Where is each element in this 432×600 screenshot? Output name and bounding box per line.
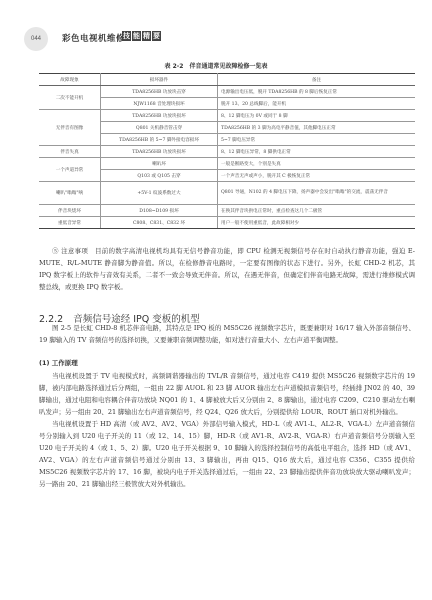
table-row: 伴音失真 TDA8256HB 功放块损坏 8、12 脚电压异常，8 脚供电正常 bbox=[39, 146, 415, 158]
part-cell: +5V-1 纹波系数过大 bbox=[101, 182, 218, 205]
note-section: ⑤ 注意事项 目前的数字高清电视机均具有无信号静音功能，即 CPU 检测无视频信… bbox=[39, 245, 415, 293]
principle-paragraph: 当电视机设置于 TV 电视模式时，高频调谐器输出的 TVL/R 音频信号，通过电… bbox=[39, 370, 415, 418]
page-header: 044 彩色电视机维修 技 能 精 要 bbox=[0, 24, 432, 54]
table-header-row: 故障现象 损坏器件 备注 bbox=[39, 74, 415, 86]
table-row: 无伴音有图像 TDA8256HB 功放块损坏 8、12 脚电压为 0V 或同于 … bbox=[39, 110, 415, 122]
part-cell: TDA8256HB 功放块损坏 bbox=[101, 146, 218, 158]
column-header: 损坏器件 bbox=[101, 74, 218, 86]
part-cell: TDA8256HB 功放块击穿 bbox=[101, 86, 218, 98]
part-cell: 喇叭坏 bbox=[101, 158, 218, 170]
note-cell: 一个声音无声或声小，脱开其 C 极恢复正常 bbox=[218, 170, 416, 182]
part-cell: Q103 或 Q105 击穿 bbox=[101, 170, 218, 182]
part-cell: C808、C831、C832 坏 bbox=[101, 217, 218, 229]
badge: 能 bbox=[132, 31, 141, 41]
note-cell: 在换其伴音块供电正常时，重点检查这几个二极管 bbox=[218, 205, 416, 217]
symptom-cell: 重低音异常 bbox=[39, 217, 101, 229]
column-header: 备注 bbox=[218, 74, 416, 86]
note-cell: 电源输出电压低，脱开 TDA8256HB 的 8 脚后恢复正常 bbox=[218, 86, 416, 98]
table-row: 一个声道异常 喇叭坏 一般是断路变大，个别是失真 bbox=[39, 158, 415, 170]
symptom-cell: 二次不能开机 bbox=[39, 86, 101, 110]
table-caption: 表 2-2 伴音通道常见故障检修一览表 bbox=[0, 61, 432, 70]
note-cell: Q801 导通，N102 的 4 脚电压下降，扬声器中会发出"嗡嗡"的交流，震荡… bbox=[218, 182, 416, 205]
intro-section: 图 2-5 是长虹 CHD-8 机芯伴音电路，其特点是 IPQ 板的 MS5C2… bbox=[39, 322, 415, 346]
fault-table: 故障现象 损坏器件 备注 二次不能开机 TDA8256HB 功放块击穿 电源输出… bbox=[39, 73, 415, 229]
principle-paragraph: 当电视机设置于 HD 高清（或 AV2、AV2、VGA）外部信号输入模式，HD-… bbox=[39, 418, 415, 490]
principle-section: 当电视机设置于 TV 电视模式时，高频调谐器输出的 TVL/R 音频信号，通过电… bbox=[39, 370, 415, 490]
note-paragraph: ⑤ 注意事项 目前的数字高清电视机均具有无信号静音功能，即 CPU 检测无视频信… bbox=[39, 245, 415, 293]
column-header: 故障现象 bbox=[39, 74, 101, 86]
table-row: 二次不能开机 TDA8256HB 功放块击穿 电源输出电压低，脱开 TDA825… bbox=[39, 86, 415, 98]
table-row: 重低音异常 C808、C831、C832 坏 用户一般不使用重低音，此故障相对少 bbox=[39, 217, 415, 229]
title-badges: 技 能 精 要 bbox=[122, 31, 161, 41]
symptom-cell: 伴音失真 bbox=[39, 146, 101, 158]
part-cell: NJW1168 音处理块损坏 bbox=[101, 98, 218, 110]
part-cell: TDA8256HB 功放块损坏 bbox=[101, 110, 218, 122]
note-cell: 8、12 脚电压为 0V 或同于 8 脚 bbox=[218, 110, 416, 122]
intro-paragraph: 图 2-5 是长虹 CHD-8 机芯伴音电路，其特点是 IPQ 板的 MS5C2… bbox=[39, 322, 415, 346]
badge: 技 bbox=[122, 31, 131, 41]
badge: 精 bbox=[142, 31, 151, 41]
symptom-cell: 喇叭"嗡嗡"响 bbox=[39, 182, 101, 205]
part-cell: Q801 关机静音管击穿 bbox=[101, 122, 218, 134]
symptom-cell: 一个声道异常 bbox=[39, 158, 101, 182]
note-cell: 脱开 13、20 总线脚后，能开机 bbox=[218, 98, 416, 110]
note-cell: 一般是断路变大，个别是失真 bbox=[218, 158, 416, 170]
part-cell: TDA8256HB 的 5~7 脚外接电容损坏 bbox=[101, 134, 218, 146]
symptom-cell: 伴音块烧坏 bbox=[39, 205, 101, 217]
book-title: 彩色电视机维修 bbox=[62, 32, 125, 44]
note-cell: TDA8256HB 的 3 脚为高电平静音值，其他脚电压正常 bbox=[218, 122, 416, 134]
table-row: 伴音块烧坏 D108~D109 损坏 在换其伴音块供电正常时，重点检查这几个二极… bbox=[39, 205, 415, 217]
badge: 要 bbox=[152, 31, 161, 41]
symptom-cell: 无伴音有图像 bbox=[39, 110, 101, 146]
table-row: 喇叭"嗡嗡"响 +5V-1 纹波系数过大 Q801 导通，N102 的 4 脚电… bbox=[39, 182, 415, 205]
note-cell: 用户一般不使用重低音，此故障相对少 bbox=[218, 217, 416, 229]
note-cell: 5~7 脚电压异常 bbox=[218, 134, 416, 146]
subsection-heading: (1) 工作原理 bbox=[39, 358, 78, 367]
note-cell: 8、12 脚电压异常，8 脚供电正常 bbox=[218, 146, 416, 158]
part-cell: D108~D109 损坏 bbox=[101, 205, 218, 217]
page-number: 044 bbox=[24, 27, 48, 51]
